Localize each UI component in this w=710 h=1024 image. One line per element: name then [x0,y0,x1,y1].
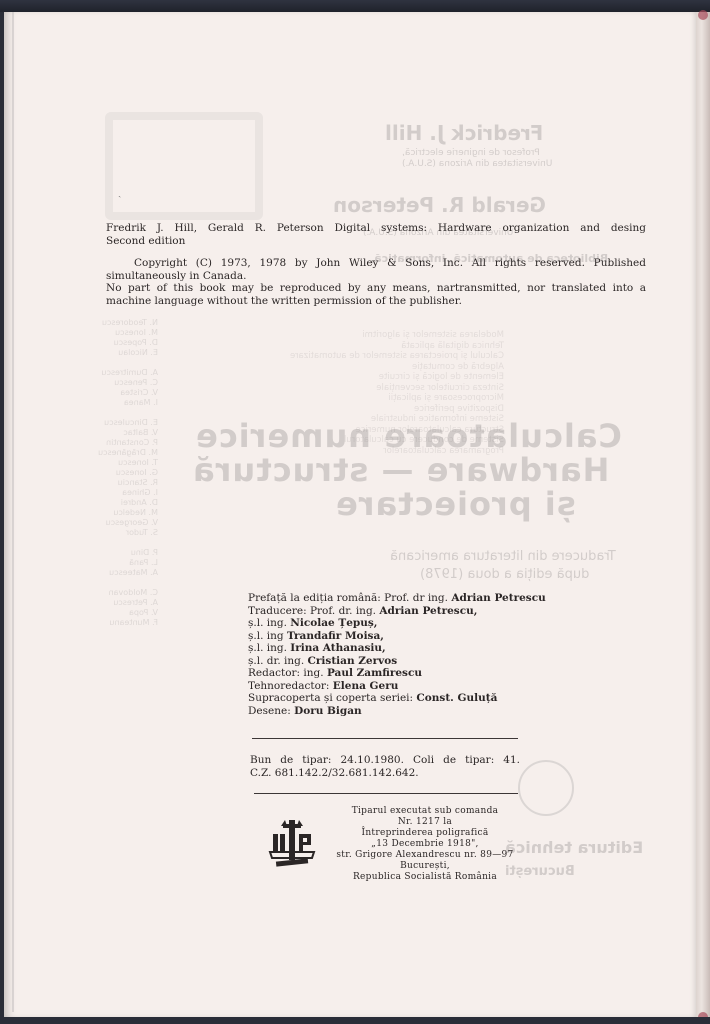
staff-role: ș.l. ing [248,630,287,642]
staff-row: Desene: Doru Bigan [248,705,568,718]
ghost-author-1: Fredrick J. Hill [385,121,543,145]
staff-row: ș.l. ing. Irina Athanasiu, [248,642,568,655]
staff-role: Redactor: ing. [248,667,327,679]
ghost-author-2: Gerald R. Peterson [333,193,546,217]
staff-row: ș.l. dr. ing. Cristian Zervos [248,655,568,668]
staff-role: Tehnoredactor: [248,680,333,692]
staff-name: Irina Athanasiu, [290,642,385,654]
staff-name: Elena Geru [333,680,399,692]
corner-mark-top [698,10,708,20]
staff-role: ș.l. dr. ing. [248,655,308,667]
staff-row: ș.l. ing. Nicolae Țepuș, [248,617,568,630]
staff-name: Nicolae Țepuș, [290,617,377,629]
rights-line: No part of this book may be reproduced b… [106,282,646,295]
staff-role: ș.l. ing. [248,642,290,654]
staff-role: Traducere: Prof. dr. ing. [248,605,379,617]
staff-row: ș.l. ing Trandafir Moisa, [248,630,568,643]
staff-role: ș.l. ing. [248,617,290,629]
print-info: Bun de tipar: 24.10.1980. Coli de tipar:… [250,754,520,779]
printer-line: București, [320,861,530,872]
staff-row: Tehnoredactor: Elena Geru [248,680,568,693]
staff-name: Adrian Petrescu [451,592,545,604]
ghost-title-line-3: și proiectare [335,486,576,522]
staff-role: Desene: [248,705,294,717]
printer-line: Întreprinderea poligrafică [320,828,530,839]
copyright-line: Copyright (C) 1973, 1978 by John Wiley &… [106,257,646,270]
ghost-translation-1: Traducere din literatura americană [390,549,616,564]
original-title-line: Fredrik J. Hill, Gerald R. Peterson Digi… [106,222,646,235]
staff-role: Prefață la ediția română: Prof. dr ing. [248,592,451,604]
printer-line: Nr. 1217 la [320,817,530,828]
romanian-edition-staff: Prefață la ediția română: Prof. dr ing. … [248,592,568,717]
staff-name: Const. Guluță [416,692,497,704]
staff-row: Redactor: ing. Paul Zamfirescu [248,667,568,680]
printer-line: Republica Socialistă România [320,872,530,883]
staff-role: Supracoperta și coperta seriei: [248,692,416,704]
printer-line: str. Grigore Alexandrescu nr. 89—97 [320,850,530,861]
staff-name: Adrian Petrescu, [379,605,477,617]
staff-row: Traducere: Prof. dr. ing. Adrian Petresc… [248,605,568,618]
original-edition-credits: Fredrik J. Hill, Gerald R. Peterson Digi… [106,222,646,307]
staff-name: Doru Bigan [294,705,362,717]
ghost-logo-frame [105,112,263,220]
divider-bottom [254,793,518,794]
page-fold-line [12,12,14,1012]
staff-name: Paul Zamfirescu [327,667,422,679]
ghost-editorial-board: N. TeodorescuM. IonescuD. PopescuE. Nico… [98,318,158,628]
staff-name: Trandafir Moisa, [287,630,384,642]
ghost-author-1-line-2: Universitatea din Arizona (S.U.A.) [402,159,552,170]
ghost-author-1-affiliation: Profesor de inginerie electrică, Univers… [402,148,552,170]
ghost-title-line-1: Calculatoare numerice [195,418,622,454]
printer-imprint: Tiparul executat sub comanda Nr. 1217 la… [320,806,530,883]
copyright-continuation: simultaneously in Canada. [106,270,646,283]
staff-row: Supracoperta și coperta seriei: Const. G… [248,692,568,705]
staff-name: Cristian Zervos [308,655,398,667]
rights-continuation: machine language without the written per… [106,295,646,308]
bun-de-tipar: Bun de tipar: 24.10.1980. Coli de tipar:… [250,754,520,767]
staff-row: Prefață la ediția română: Prof. dr ing. … [248,592,568,605]
page-stack-edge [696,12,710,1017]
divider-top [252,738,518,739]
printer-line: Tiparul executat sub comanda [320,806,530,817]
ghost-translation-2: după ediția a doua (1978) [420,567,589,582]
stray-pencil-mark: ˏ [118,187,121,198]
ghost-author-1-line-1: Profesor de inginerie electrică, [402,148,552,159]
printer-line: „13 Decembrie 1918", [320,839,530,850]
classification-code: C.Z. 681.142.2/32.681.142.642. [250,767,520,780]
edition-line: Second edition [106,235,646,248]
ghost-title-line-2: Hardware — structură [192,452,609,488]
scanner-top-border [0,0,710,12]
scanner-bottom-border [0,1017,710,1024]
printing-house-logo: 13 DECEMBRIE 1918 [266,818,318,870]
